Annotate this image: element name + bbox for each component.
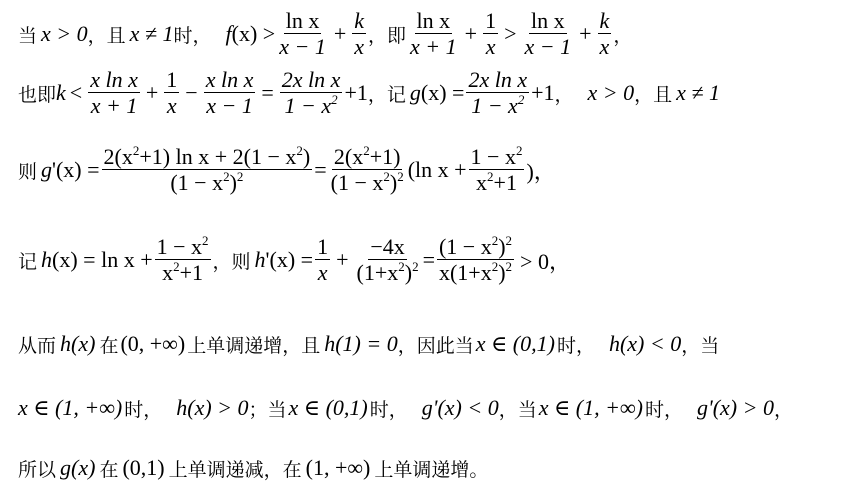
denominator: (1+x2)2 <box>355 260 421 286</box>
operator: > <box>504 21 516 47</box>
solution-line-4: 记 h (x) = ln x + 1 − x2 x2+1 ，则 h '(x) =… <box>18 232 571 288</box>
fraction: 2x ln x1 − x2 <box>280 68 343 119</box>
math-condition: x > 0 <box>41 21 88 47</box>
operator: − <box>185 80 197 106</box>
fraction: ln xx − 1 <box>523 9 574 60</box>
den-part: (1 − x <box>170 170 223 195</box>
den-part: ) <box>405 260 412 285</box>
text: 时， <box>370 395 408 422</box>
denominator-base: 1 − x <box>285 93 332 118</box>
num-part: 1 − x <box>471 144 516 169</box>
fraction: 1 − x2 x2+1 <box>155 235 211 286</box>
numerator: 1 − x2 <box>469 145 525 170</box>
numerator: ln x <box>529 9 567 34</box>
solution-line-3: 则 g '(x) = 2(x2+1) ln x + 2(1 − x2) (1 −… <box>18 142 556 198</box>
math-func: h <box>41 247 52 273</box>
math-interval: (1, +∞) <box>306 455 371 481</box>
exponent: 2 <box>331 92 338 107</box>
text: 在 <box>99 331 118 358</box>
math-expr: (x) > <box>232 21 276 47</box>
denominator: x <box>316 260 330 286</box>
math-condition: x ≠ 1 <box>676 80 720 106</box>
math-inline: x ∈ (1, +∞) <box>18 395 122 421</box>
denominator: x <box>484 34 498 60</box>
num-part: +1) ln x + 2(1 − x <box>139 144 296 169</box>
num-part: ) <box>303 144 310 169</box>
num-part: 1 − x <box>157 234 202 259</box>
math-condition: x ≠ 1 <box>130 21 174 47</box>
fraction: 1x <box>483 9 498 60</box>
numerator: 2(x2+1) ln x + 2(1 − x2) <box>102 145 313 170</box>
denominator: x2+1 <box>160 260 205 286</box>
num-part: 2(x <box>334 144 363 169</box>
text: 时， <box>645 395 683 422</box>
numerator: 2x ln x <box>280 68 343 93</box>
num-part: +1) <box>370 144 401 169</box>
operator: = <box>314 157 326 183</box>
solution-line-5: 从而 h(x) 在 (0, +∞) 上单调递增，且 h(1) = 0 ，因此当 … <box>18 328 719 360</box>
math-inline: g'(x) > 0 <box>697 395 774 421</box>
math-var: k <box>56 80 66 106</box>
math-expr: +1 <box>531 80 554 106</box>
math-inline: x ∈ (1, +∞) <box>539 395 643 421</box>
text: ，即 <box>368 21 406 48</box>
math-expr: +1 <box>344 80 367 106</box>
fraction: x ln xx − 1 <box>204 68 256 119</box>
denominator: x <box>352 34 366 60</box>
text: 上单调递增。 <box>374 455 488 482</box>
solution-line-1: 当 x > 0 ，且 x ≠ 1 时， f (x) > ln xx − 1 + … <box>18 8 632 60</box>
denominator: x2+1 <box>474 170 519 196</box>
operator: < <box>70 80 82 106</box>
numerator: k <box>598 9 612 34</box>
text: ，当 <box>681 331 719 358</box>
den-part: (1+x <box>357 260 399 285</box>
den-part: +1 <box>180 260 203 285</box>
solution-line-6: x ∈ (1, +∞) 时， h(x) > 0 ；当 x ∈ (0,1) 时， … <box>18 392 793 424</box>
numerator: x ln x <box>88 68 140 93</box>
numerator: ln x <box>415 9 453 34</box>
math-inline: h(x) <box>60 331 95 357</box>
num-part: 2(x <box>104 144 133 169</box>
text: 也即 <box>18 80 56 107</box>
denominator: x + 1 <box>89 93 140 119</box>
fraction: kx <box>598 9 612 60</box>
text: ， <box>555 80 574 107</box>
fraction: 1x <box>164 68 179 119</box>
fraction: 1x <box>315 235 330 286</box>
math-expr: (x) = <box>421 80 465 106</box>
fraction: x ln xx + 1 <box>88 68 140 119</box>
den-part: x <box>162 260 173 285</box>
text: 记 <box>18 247 37 274</box>
numerator: ln x <box>284 9 322 34</box>
text: ， <box>774 395 793 422</box>
text: 所以 <box>18 455 56 482</box>
math-inline: g(x) <box>60 455 95 481</box>
operator: = <box>423 247 435 273</box>
fraction: 2x ln x1 − x2 <box>466 68 529 119</box>
text: ，因此当 <box>398 331 474 358</box>
text: ，且 <box>88 21 126 48</box>
math-expr: > 0， <box>520 245 571 276</box>
math-func: h <box>255 247 266 273</box>
fraction: −4x (1+x2)2 <box>355 235 421 286</box>
solution-line-2: 也即 k < x ln xx + 1 + 1x − x ln xx − 1 = … <box>18 66 720 120</box>
numerator: (1 − x2)2 <box>437 235 514 260</box>
numerator: 1 <box>483 9 498 34</box>
math-inline: h(x) < 0 <box>609 331 681 357</box>
den-part: ) <box>498 260 505 285</box>
math-expr: )， <box>526 155 555 186</box>
text: ， <box>613 21 632 48</box>
math-expr: (x) = ln x + <box>52 247 153 273</box>
denominator: x <box>598 34 612 60</box>
fraction: kx <box>352 9 366 60</box>
fraction: 2(x2+1) ln x + 2(1 − x2) (1 − x2)2 <box>102 145 313 196</box>
operator: + <box>334 21 346 47</box>
math-interval: (0, +∞) <box>120 331 185 357</box>
denominator: x <box>165 93 179 119</box>
math-inline: x ∈ (0,1) <box>289 395 368 421</box>
den-part: +1 <box>494 170 517 195</box>
numerator: 1 <box>315 235 330 260</box>
denominator: x − 1 <box>523 34 574 60</box>
text: 上单调递增，且 <box>187 331 320 358</box>
text: ，且 <box>634 80 672 107</box>
numerator: 1 <box>164 68 179 93</box>
text: 上单调递减，在 <box>169 455 302 482</box>
math-func: g <box>41 157 52 183</box>
text: ，则 <box>213 247 251 274</box>
denominator: (1 − x2)2 <box>329 170 406 196</box>
denominator: 1 − x2 <box>469 93 526 119</box>
fraction: ln xx − 1 <box>277 9 328 60</box>
fraction: (1 − x2)2 x(1+x2)2 <box>437 235 514 286</box>
exponent: 2 <box>518 92 525 107</box>
math-expr: '(x) = <box>266 247 314 273</box>
denominator: 1 − x2 <box>283 93 340 119</box>
math-inline: g'(x) < 0 <box>422 395 499 421</box>
operator: + <box>579 21 591 47</box>
math-func: g <box>410 80 421 106</box>
denominator: (1 − x2)2 <box>168 170 245 196</box>
math-interval: (0,1) <box>122 455 164 481</box>
numerator: 2(x2+1) <box>332 145 403 170</box>
math-expr: '(x) = <box>52 157 100 183</box>
math-condition: x > 0 <box>588 80 635 106</box>
den-part: x(1+x <box>439 260 492 285</box>
denominator: x(1+x2)2 <box>437 260 514 286</box>
num-part: (1 − x <box>439 234 492 259</box>
numerator: x ln x <box>204 68 256 93</box>
text: ；当 <box>249 395 287 422</box>
text: 在 <box>99 455 118 482</box>
math-inline: h(x) > 0 <box>176 395 248 421</box>
numerator: k <box>352 9 366 34</box>
fraction: 1 − x2 x2+1 <box>469 145 525 196</box>
numerator: 2x ln x <box>466 68 529 93</box>
operator: + <box>465 21 477 47</box>
text: ，当 <box>499 395 537 422</box>
numerator: 1 − x2 <box>155 235 211 260</box>
operator: = <box>261 80 273 106</box>
text: 时， <box>557 331 595 358</box>
text: 时， <box>124 395 162 422</box>
denominator: x + 1 <box>408 34 459 60</box>
num-part: ) <box>498 234 505 259</box>
text: ，记 <box>368 80 406 107</box>
math-inline: x ∈ (0,1) <box>476 331 555 357</box>
numerator: −4x <box>368 235 406 260</box>
text: 时， <box>174 21 212 48</box>
text: 当 <box>18 21 37 48</box>
den-part: ) <box>230 170 237 195</box>
fraction: ln xx + 1 <box>408 9 459 60</box>
text: 则 <box>18 157 37 184</box>
denominator: x − 1 <box>277 34 328 60</box>
text: 从而 <box>18 331 56 358</box>
den-part: x <box>476 170 487 195</box>
denominator-base: 1 − x <box>471 93 518 118</box>
fraction: 2(x2+1) (1 − x2)2 <box>329 145 406 196</box>
operator: + <box>146 80 158 106</box>
denominator: x − 1 <box>204 93 255 119</box>
math-expr: (ln x + <box>408 157 467 183</box>
operator: + <box>336 247 348 273</box>
solution-line-7: 所以 g(x) 在 (0,1) 上单调递减，在 (1, +∞) 上单调递增。 <box>18 452 488 484</box>
math-inline: h(1) = 0 <box>324 331 398 357</box>
den-part: (1 − x <box>331 170 384 195</box>
